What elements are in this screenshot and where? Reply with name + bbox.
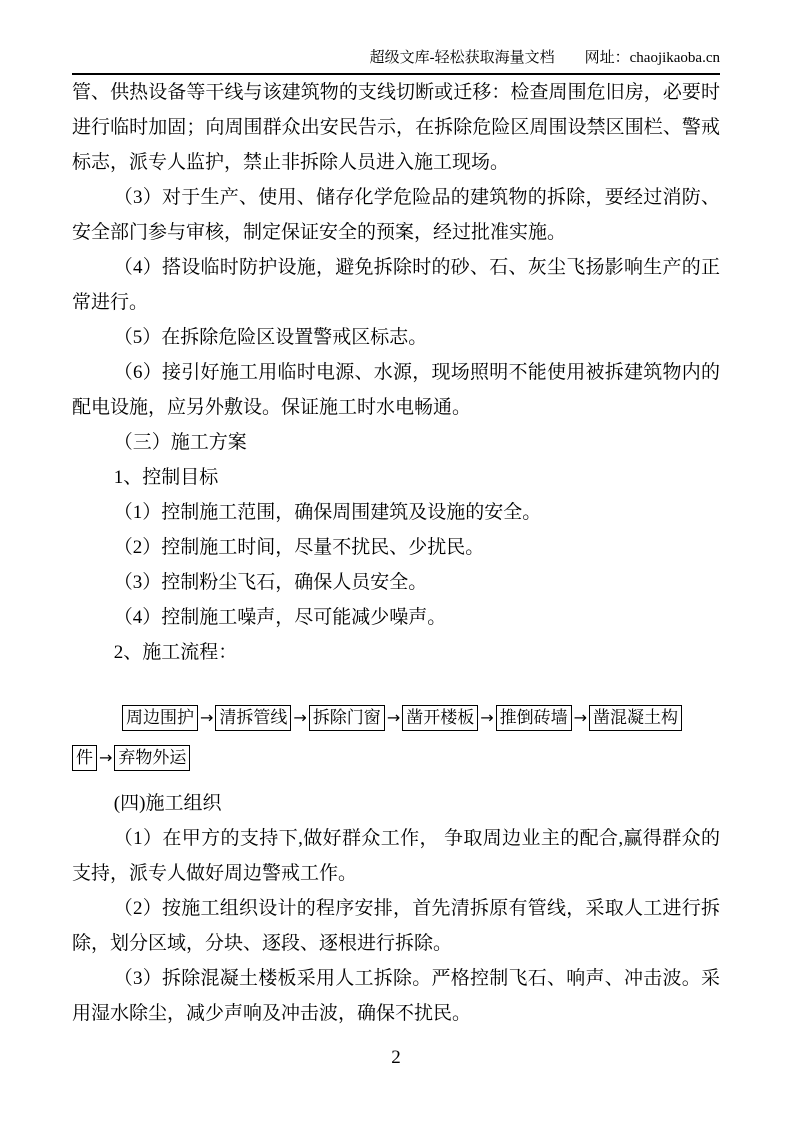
flow-step-box: 清拆管线 <box>215 705 291 730</box>
flow-arrow-icon: → <box>99 750 112 766</box>
flow-arrow-icon: → <box>293 710 306 726</box>
body-paragraph: （3）拆除混凝土楼板采用人工拆除。严格控制飞石、响声、冲击波。采用湿水除尘，减少… <box>72 961 720 1031</box>
flow-step-box: 件 <box>72 745 97 770</box>
body-paragraph: （3）控制粉尘飞石，确保人员安全。 <box>72 565 720 600</box>
flowchart-row: 周边围护 → 清拆管线 → 拆除门窗 → 凿开楼板 → 推倒砖墙 → 凿混凝土构 <box>122 698 720 738</box>
header-url-label: 网址：chaojikaoba.cn <box>585 48 720 68</box>
body-paragraph: （5）在拆除危险区设置警戒区标志。 <box>72 320 720 355</box>
page-header: 超级文库-轻松获取海量文档 网址：chaojikaoba.cn <box>72 48 720 75</box>
body-paragraph: （6）接引好施工用临时电源、水源，现场照明不能使用被拆建筑物内的配电设施，应另外… <box>72 355 720 425</box>
flow-step-box: 凿混凝土构 <box>589 705 682 730</box>
body-paragraph: （4）控制施工噪声，尽可能减少噪声。 <box>72 600 720 635</box>
body-paragraph: 管、供热设备等干线与该建筑物的支线切断或迁移：检查周围危旧房，必要时进行临时加固… <box>72 75 720 180</box>
flow-step-box: 推倒砖墙 <box>496 705 572 730</box>
body-paragraph: （2）按施工组织设计的程序安排，首先清拆原有管线，采取人工进行拆除，划分区域，分… <box>72 891 720 961</box>
body-paragraph: （1）控制施工范围，确保周围建筑及设施的安全。 <box>72 495 720 530</box>
flow-step-box: 周边围护 <box>122 705 198 730</box>
body-paragraph: （1）在甲方的支持下,做好群众工作， 争取周边业主的配合,赢得群众的支持，派专人… <box>72 821 720 891</box>
heading-construction-process: 2、施工流程： <box>72 635 720 670</box>
body-paragraph: （3）对于生产、使用、储存化学危险品的建筑物的拆除，要经过消防、安全部门参与审核… <box>72 180 720 250</box>
header-site-label: 超级文库-轻松获取海量文档 <box>370 48 555 68</box>
heading-construction-organization: (四)施工组织 <box>72 786 720 821</box>
flow-step-box: 拆除门窗 <box>309 705 385 730</box>
document-body: 管、供热设备等干线与该建筑物的支线切断或迁移：检查周围危旧房，必要时进行临时加固… <box>72 75 720 1031</box>
body-paragraph: （4）搭设临时防护设施，避免拆除时的砂、石、灰尘飞扬影响生产的正常进行。 <box>72 250 720 320</box>
flow-arrow-icon: → <box>387 710 400 726</box>
heading-control-targets: 1、控制目标 <box>72 460 720 495</box>
flow-arrow-icon: → <box>574 710 587 726</box>
document-page: 超级文库-轻松获取海量文档 网址：chaojikaoba.cn 管、供热设备等干… <box>0 0 793 1122</box>
body-paragraph: （2）控制施工时间，尽量不扰民、少扰民。 <box>72 530 720 565</box>
flow-step-box: 弃物外运 <box>114 745 190 770</box>
construction-flowchart: 周边围护 → 清拆管线 → 拆除门窗 → 凿开楼板 → 推倒砖墙 → 凿混凝土构… <box>72 698 720 778</box>
heading-construction-plan: （三）施工方案 <box>72 425 720 460</box>
page-number: 2 <box>72 1043 720 1073</box>
flow-step-box: 凿开楼板 <box>402 705 478 730</box>
flow-arrow-icon: → <box>480 710 493 726</box>
flow-arrow-icon: → <box>200 710 213 726</box>
flowchart-row: 件 → 弃物外运 <box>72 738 720 778</box>
